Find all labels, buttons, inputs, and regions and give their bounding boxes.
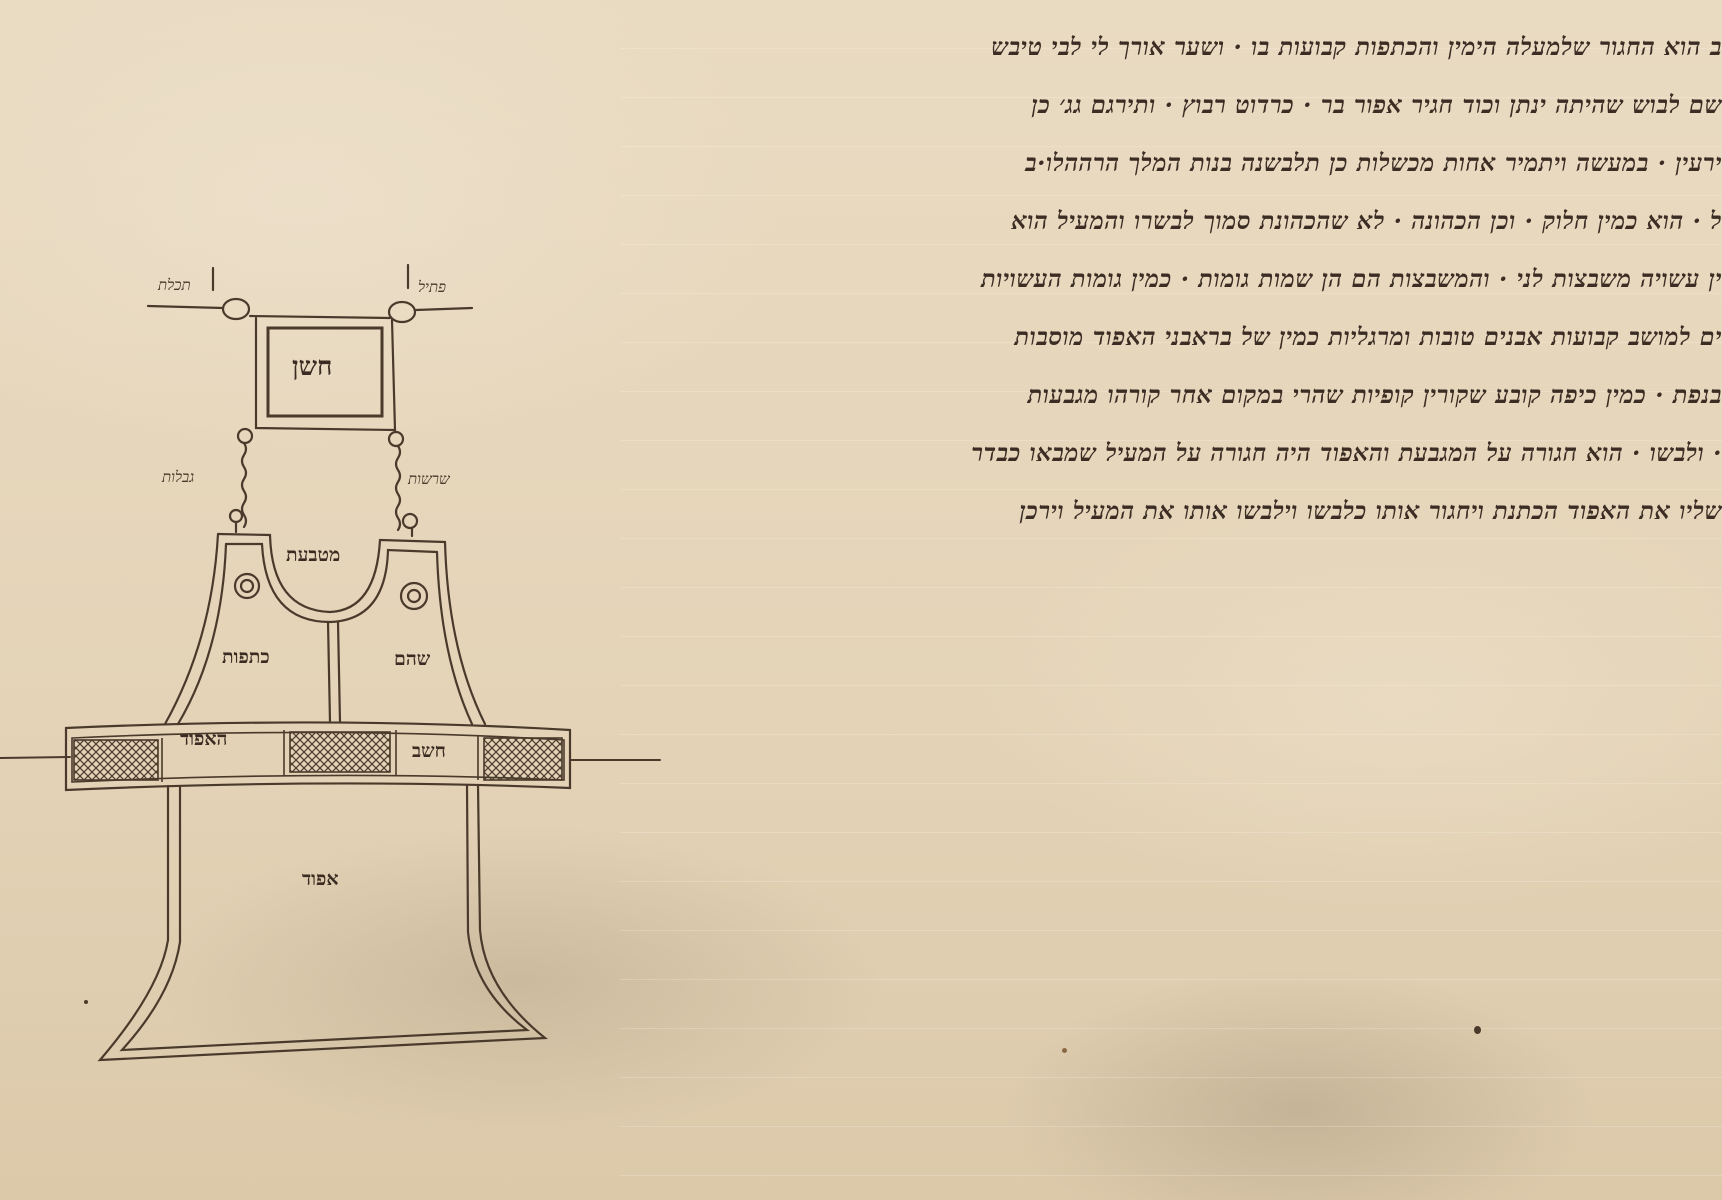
label-tekhelet: תכלת bbox=[158, 276, 191, 295]
manuscript-page: תכלת פתיל חשן גבלות שרשות מטבעת כתפות שה… bbox=[0, 0, 1722, 1200]
label-petil: פתיל bbox=[418, 278, 446, 297]
text-line-9: שליו את האפוד הכתנת ויחגור אותו כלבשו וי… bbox=[620, 482, 1722, 540]
text-line-8: · ולבשו · הוא חגורה על המגבעת והאפוד היה… bbox=[620, 424, 1722, 482]
ephod-diagram bbox=[0, 0, 720, 1200]
label-mishbetzot: מטבעת bbox=[286, 544, 340, 567]
label-ketefot: כתפות bbox=[222, 646, 270, 669]
label-ephod: אפוד bbox=[302, 868, 339, 891]
ink-speck bbox=[84, 1000, 88, 1004]
label-ha-ephod: האפוד bbox=[180, 728, 227, 751]
ink-speck bbox=[1062, 1048, 1067, 1053]
text-line-5: ין עשויה משבצות לני · והמשבצות הם הן שמו… bbox=[620, 250, 1722, 308]
hebrew-text-block: ב הוא החגור שלמעלה הימין והכתפות קבועות … bbox=[620, 18, 1722, 540]
text-line-3: ירעין · במעשה ויתמיר אחות מכשלות כן תלבש… bbox=[620, 134, 1722, 192]
label-cheshev: חשב bbox=[412, 740, 446, 763]
text-line-6: ים למושב קבועות אבנים טובות ומרגליות כמי… bbox=[620, 308, 1722, 366]
text-line-2: שם לבוש שהיתה ינתן וכוד חגיר אפור בר · כ… bbox=[620, 76, 1722, 134]
text-line-1: ב הוא החגור שלמעלה הימין והכתפות קבועות … bbox=[620, 18, 1722, 76]
label-gavlut: גבלות bbox=[162, 468, 194, 487]
ink-speck bbox=[1474, 1026, 1481, 1034]
text-line-4: ל · הוא כמין חלוק · וכן הכהונה · לא שהכה… bbox=[620, 192, 1722, 250]
text-line-7: בנפת · כמין כיפה קובע שקורין קופיות שהרי… bbox=[620, 366, 1722, 424]
label-choshen: חשן bbox=[292, 352, 332, 382]
label-shoham: שהם bbox=[394, 648, 430, 671]
label-sharshot: שרשות bbox=[408, 470, 450, 489]
